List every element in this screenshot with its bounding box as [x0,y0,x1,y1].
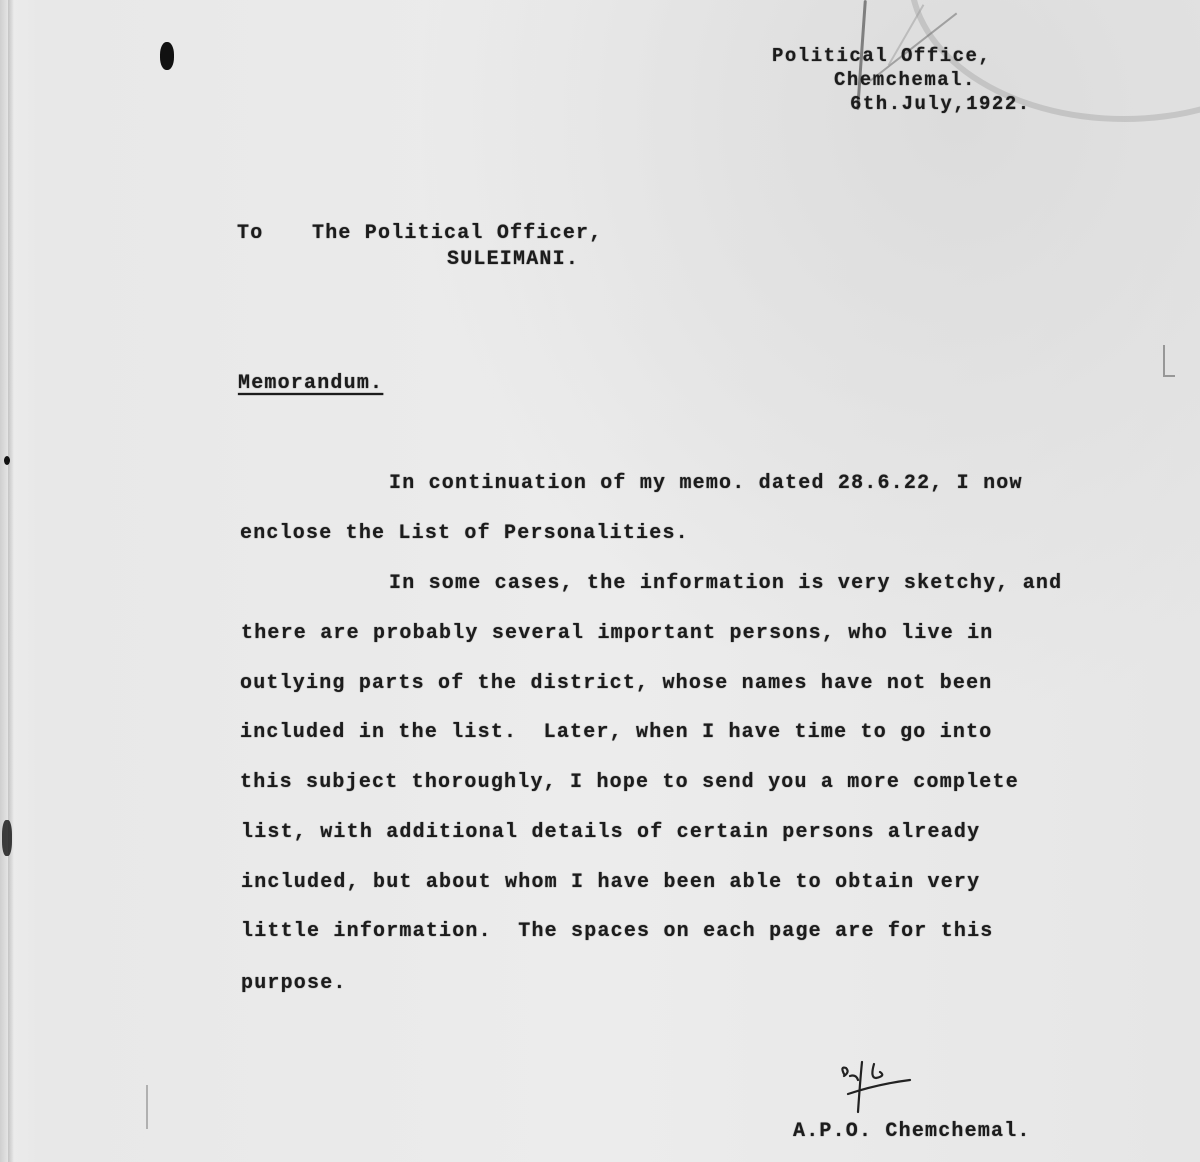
body-line: there are probably several important per… [241,622,994,645]
body-line: included, but about whom I have been abl… [241,871,980,894]
body-line: enclose the List of Personalities. [240,522,689,545]
memo-title: Memorandum. [238,372,383,395]
body-line: In continuation of my memo. dated 28.6.2… [389,472,1023,495]
recipient-place: SULEIMANI. [447,248,579,271]
pencil-mark [1163,375,1175,377]
body-line: included in the list. Later, when I have… [240,721,993,744]
document-page: Political Office, Chemchemal. 6th.July,1… [0,0,1200,1162]
ink-blot [2,820,12,856]
place-line: Chemchemal. [772,68,1031,92]
body-line: In some cases, the information is very s… [389,572,1062,595]
signature-icon [836,1060,916,1120]
body-line: little information. The spaces on each p… [241,920,994,943]
body-line: purpose. [241,972,347,995]
recipient: The Political Officer, [312,222,602,245]
date-line: 6th.July,1922. [772,92,1031,116]
ink-blot [4,456,10,465]
body-line: this subject thoroughly, I hope to send … [240,771,1019,794]
letterhead: Political Office, Chemchemal. 6th.July,1… [772,44,1031,116]
body-line: outlying parts of the district, whose na… [240,672,993,695]
to-label: To [237,222,263,245]
paper-edge-shadow [8,0,14,1162]
ink-blot [160,42,174,70]
body-line: list, with additional details of certain… [241,821,980,844]
pencil-mark [1163,345,1165,375]
pencil-mark [146,1085,148,1129]
office-line: Political Office, [772,44,1031,68]
signoff: A.P.O. Chemchemal. [793,1120,1031,1143]
